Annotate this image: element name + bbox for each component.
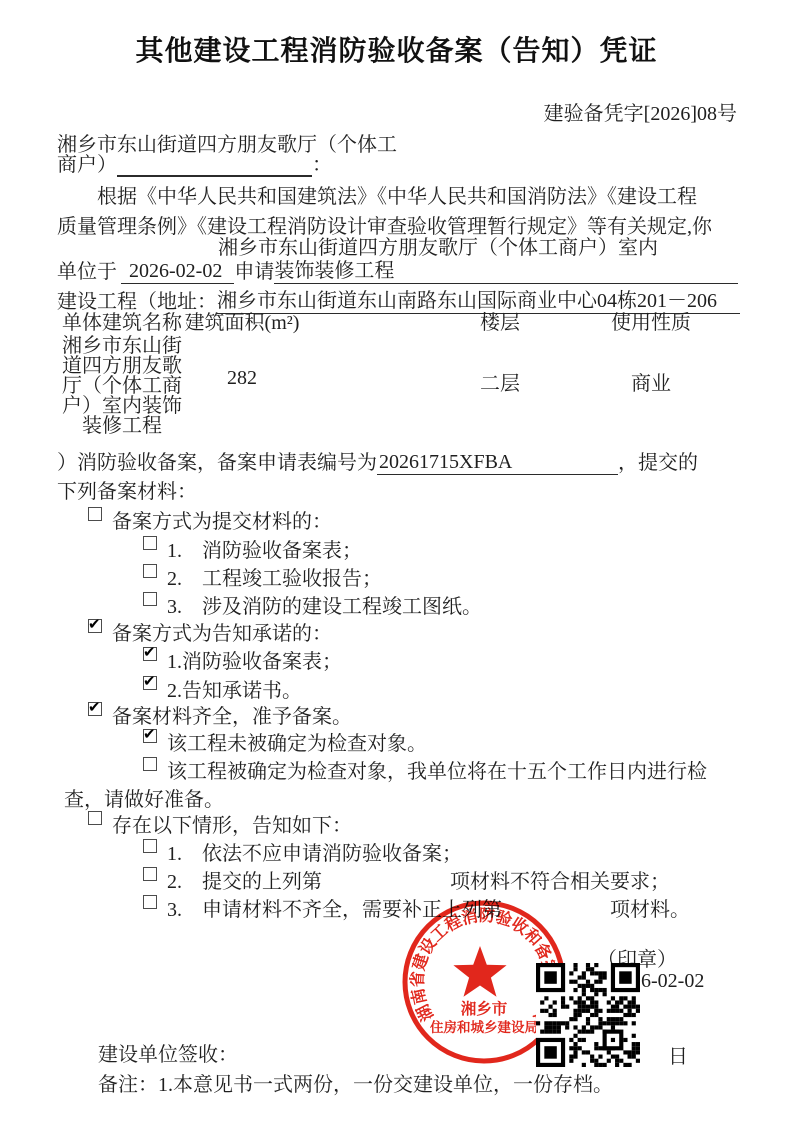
checkbox [143,757,157,771]
day-label: 日 [668,1040,688,1069]
addressee-colon: ： [312,148,332,177]
stamp-city-text: 湘乡市 [461,999,508,1018]
checklist-item-label: 1.消防验收备案表； [167,645,342,674]
apply-prefix: 单位于 [57,255,117,284]
checklist-item-label: 3. 涉及消防的建设工程竣工图纸。 [167,590,482,619]
checklist-item: 2. 工程竣工验收报告； [143,562,382,591]
checklist-item: 该工程未被确定为检查对象。 [143,727,427,756]
checklist-item-label2: 项材料不符合相关要求； [450,865,670,894]
checkbox [88,702,102,716]
checklist-item: 备案方式为告知承诺的： [88,617,332,646]
checklist-item-label: 2.告知承诺书。 [167,674,302,703]
checklist-item-label: 1. 依法不应申请消防验收备案； [167,837,462,866]
stamp-star-icon [453,946,506,997]
qr-code [536,963,640,1067]
building-floor-value: 二层 [445,367,555,396]
col-header-usage: 使用性质 [591,306,711,335]
checkbox [88,507,102,521]
checklist-item: 备案材料齐全，准予备案。 [88,700,352,729]
filing-suffix: ，提交的 [618,446,698,475]
checkbox [143,867,157,881]
checkbox [88,619,102,633]
checklist-item-label2: 项材料。 [610,893,690,922]
building-area-value: 282 [177,367,307,390]
checklist-item-label: 该工程被确定为检查对象，我单位将在十五个工作日内进行检 [167,755,707,784]
checklist-item: 存在以下情形，告知如下： [88,809,352,838]
checkbox [143,895,157,909]
col-header-floor: 楼层 [445,306,555,335]
filing-prefix: ）消防验收备案，备案申请表编号为 [57,446,377,475]
page-title: 其他建设工程消防验收备案（告知）凭证 [0,29,793,69]
checkbox [143,729,157,743]
checklist-item-label: 该工程未被确定为检查对象。 [167,727,427,756]
checklist-item-label: 2. 工程竣工验收报告； [167,562,382,591]
checkbox [143,839,157,853]
checkbox [143,647,157,661]
checklist-item: 2. 提交的上列第 项材料不符合相关要求； [143,865,322,894]
checklist-item: 2.告知承诺书。 [143,674,302,703]
stamp-bureau-text: 住房和城乡建设局 [430,1019,538,1035]
sign-label: 建设单位签收： [98,1038,238,1067]
addressee-line2: 商户） ： [57,148,332,177]
certificate-page: 其他建设工程消防验收备案（告知）凭证 建验备凭字[2026]08号 湘乡市东山街… [0,0,793,1122]
document-number: 建验备凭字[2026]08号 [544,97,737,126]
checkbox [143,592,157,606]
building-usage-value: 商业 [591,367,711,396]
checkbox [143,676,157,690]
checklist-item-label: 备案方式为告知承诺的： [112,617,332,646]
checklist-item: 1. 消防验收备案表； [143,534,362,563]
checklist-item-label: 存在以下情形，告知如下： [112,809,352,838]
apply-word: 申请 [234,255,274,284]
addressee-line2-text: 商户） [57,148,117,177]
checklist-item-label: 备案方式为提交材料的： [112,505,332,534]
checkbox [143,536,157,550]
checklist-item-label: 2. 提交的上列第 [167,865,322,894]
project-name-field: 装饰装修工程 [274,254,738,284]
filing-number-field: 20261715XFBA [377,451,618,475]
addressee-underline-blank [117,155,312,177]
apply-line: 单位于 2026-02-02 申请 装饰装修工程 [57,254,738,284]
checkbox [143,564,157,578]
col-header-area: 建筑面积(m²) [177,306,307,335]
filing-line: ）消防验收备案，备案申请表编号为 20261715XFBA ，提交的 [57,446,713,475]
note-line: 备注：1.本意见书一式两份，一份交建设单位，一份存档。 [98,1068,613,1097]
filing-line2: 下列备案材料： [57,475,197,504]
checklist-item: 备案方式为提交材料的： [88,505,332,534]
building-name-line: 装修工程 [57,409,187,438]
checklist-item: 3. 涉及消防的建设工程竣工图纸。 [143,590,482,619]
checkbox [88,811,102,825]
checklist-item-wrap: 查，请做好准备。 [64,783,224,812]
apply-date-field: 2026-02-02 [121,260,234,284]
intro-line1: 根据《中华人民共和国建筑法》《中华人民共和国消防法》《建设工程 [97,180,697,209]
checklist-item-label: 1. 消防验收备案表； [167,534,362,563]
checklist-item: 该工程被确定为检查对象，我单位将在十五个工作日内进行检 [143,755,707,784]
checklist-item: 1.消防验收备案表； [143,645,342,674]
checklist-item: 1. 依法不应申请消防验收备案； [143,837,462,866]
